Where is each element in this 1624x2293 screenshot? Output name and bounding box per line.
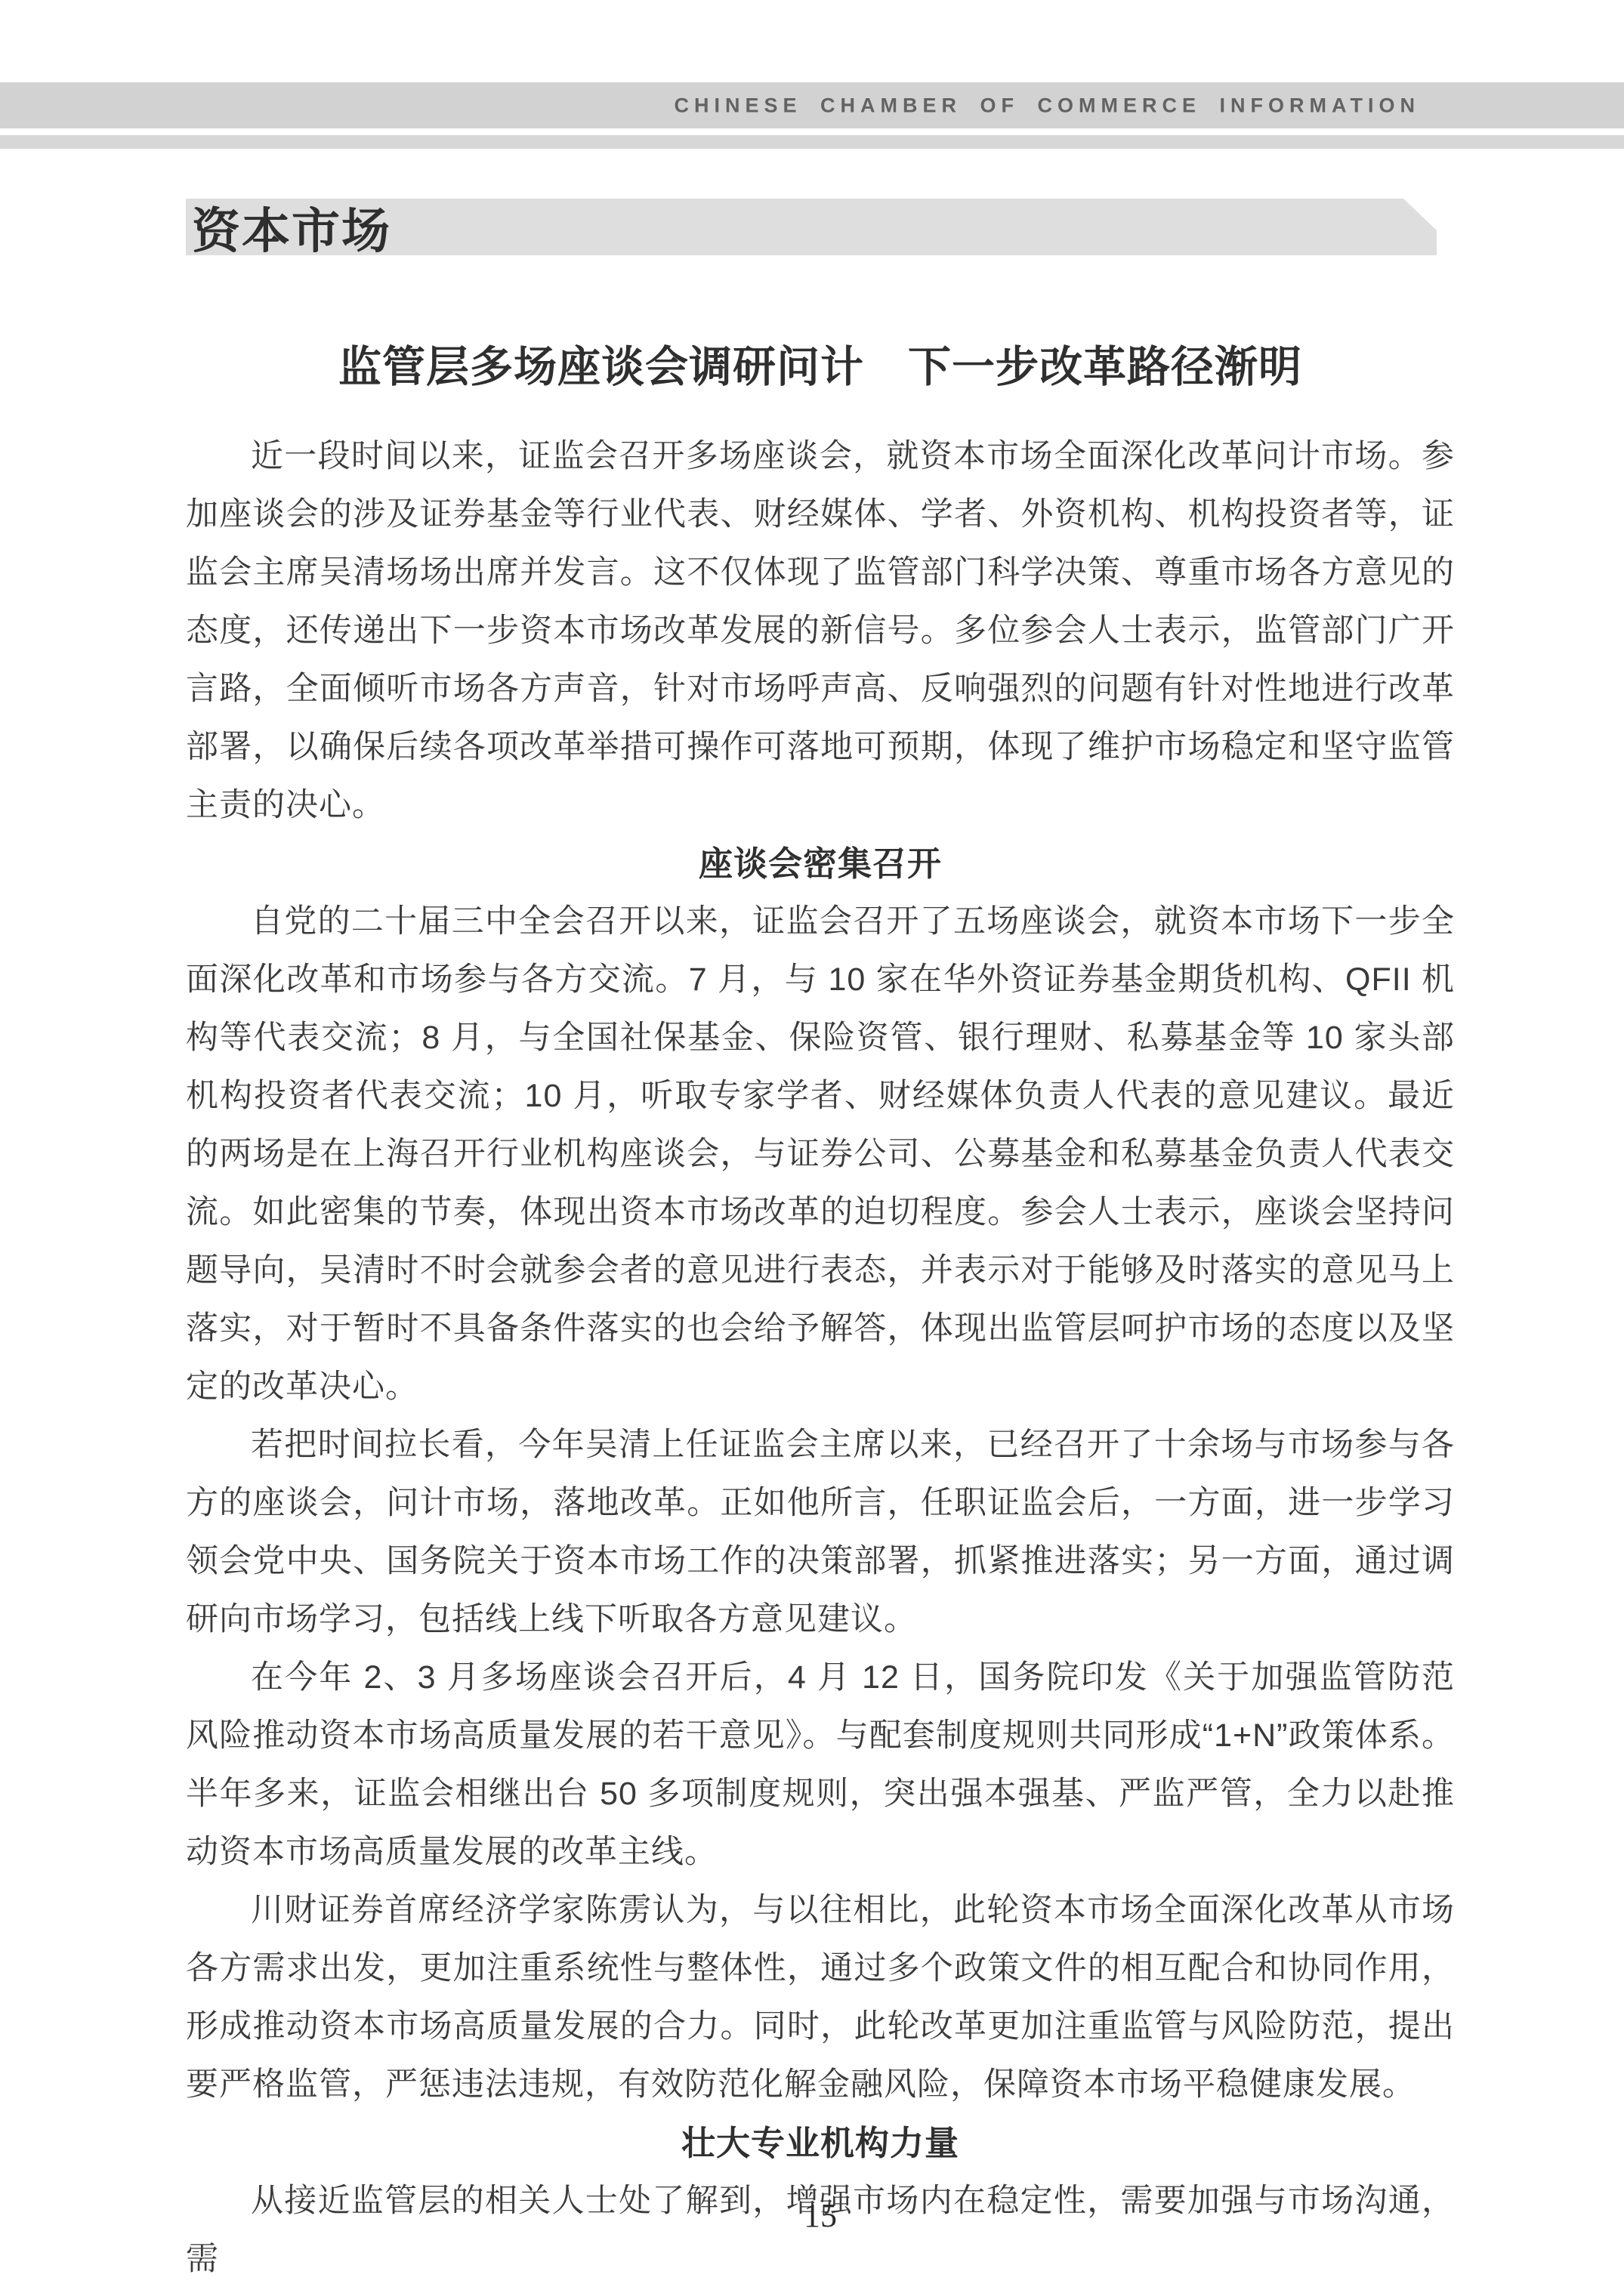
article: 监管层多场座谈会调研问计 下一步改革路径渐明 近一段时间以来，证监会召开多场座谈… xyxy=(186,325,1455,2288)
header-stripe xyxy=(0,135,1624,149)
section-subhead: 壮大专业机构力量 xyxy=(186,2114,1455,2172)
page-number: 15 xyxy=(804,2197,837,2234)
section-banner: 资本市场 xyxy=(186,199,1437,255)
page-footer: 15 xyxy=(186,2196,1455,2235)
header-band: CHINESE CHAMBER OF COMMERCE INFORMATION xyxy=(0,82,1624,128)
body-paragraph: 自党的二十届三中全会召开以来，证监会召开了五场座谈会，就资本市场下一步全面深化改… xyxy=(186,893,1455,1416)
body-paragraph: 若把时间拉长看，今年吴清上任证监会主席以来，已经召开了十余场与市场参与各方的座谈… xyxy=(186,1416,1455,1649)
section-subhead: 座谈会密集召开 xyxy=(186,835,1455,893)
header-band-text: CHINESE CHAMBER OF COMMERCE INFORMATION xyxy=(675,94,1421,117)
body-paragraph: 在今年 2、3 月多场座谈会召开后，4 月 12 日，国务院印发《关于加强监管防… xyxy=(186,1649,1455,1881)
article-title: 监管层多场座谈会调研问计 下一步改革路径渐明 xyxy=(186,325,1455,409)
section-banner-label: 资本市场 xyxy=(192,193,391,262)
document-page: CHINESE CHAMBER OF COMMERCE INFORMATION … xyxy=(0,0,1624,2293)
body-paragraph: 近一段时间以来，证监会召开多场座谈会，就资本市场全面深化改革问计市场。参加座谈会… xyxy=(186,427,1455,835)
article-body: 近一段时间以来，证监会召开多场座谈会，就资本市场全面深化改革问计市场。参加座谈会… xyxy=(186,427,1455,2288)
body-paragraph: 川财证券首席经济学家陈雳认为，与以往相比，此轮资本市场全面深化改革从市场各方需求… xyxy=(186,1881,1455,2114)
